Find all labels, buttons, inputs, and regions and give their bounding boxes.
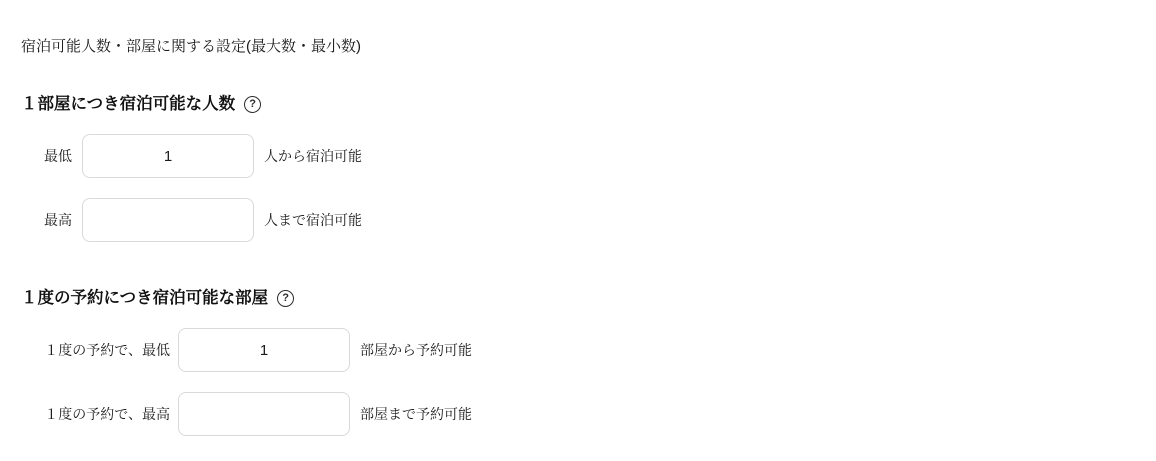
max-guests-suffix: 人まで宿泊可能 bbox=[264, 210, 362, 230]
max-rooms-input[interactable] bbox=[178, 392, 350, 436]
max-guests-label: 最高 bbox=[44, 210, 72, 230]
min-guests-input[interactable] bbox=[82, 134, 254, 178]
min-rooms-label: １度の予約で、最低 bbox=[40, 340, 170, 360]
max-rooms-label: １度の予約で、最高 bbox=[40, 404, 170, 424]
max-rooms-row: １度の予約で、最高 部屋まで予約可能 bbox=[40, 392, 1156, 436]
help-icon[interactable]: ? bbox=[244, 96, 261, 113]
page-title: 宿泊可能人数・部屋に関する設定(最大数・最小数) bbox=[21, 36, 1156, 58]
settings-page: 宿泊可能人数・部屋に関する設定(最大数・最小数) １部屋につき宿泊可能な人数 ?… bbox=[0, 0, 1156, 436]
max-guests-row: 最高 人まで宿泊可能 bbox=[44, 198, 1156, 242]
min-rooms-input[interactable] bbox=[178, 328, 350, 372]
max-rooms-suffix: 部屋まで予約可能 bbox=[360, 404, 472, 424]
section-heading-guests-label: １部屋につき宿泊可能な人数 bbox=[21, 94, 235, 114]
max-guests-input[interactable] bbox=[82, 198, 254, 242]
min-guests-suffix: 人から宿泊可能 bbox=[264, 146, 362, 166]
min-rooms-suffix: 部屋から予約可能 bbox=[360, 340, 472, 360]
help-icon[interactable]: ? bbox=[277, 290, 294, 307]
min-guests-row: 最低 人から宿泊可能 bbox=[44, 134, 1156, 178]
section-heading-guests: １部屋につき宿泊可能な人数 ? bbox=[21, 94, 1156, 114]
section-heading-rooms-label: １度の予約につき宿泊可能な部屋 bbox=[21, 288, 268, 308]
section-rooms-per-booking: １度の予約につき宿泊可能な部屋 ? １度の予約で、最低 部屋から予約可能 １度の… bbox=[21, 288, 1156, 436]
section-heading-rooms: １度の予約につき宿泊可能な部屋 ? bbox=[21, 288, 1156, 308]
min-rooms-row: １度の予約で、最低 部屋から予約可能 bbox=[40, 328, 1156, 372]
section-guests-per-room: １部屋につき宿泊可能な人数 ? 最低 人から宿泊可能 最高 人まで宿泊可能 bbox=[21, 94, 1156, 242]
min-guests-label: 最低 bbox=[44, 146, 72, 166]
